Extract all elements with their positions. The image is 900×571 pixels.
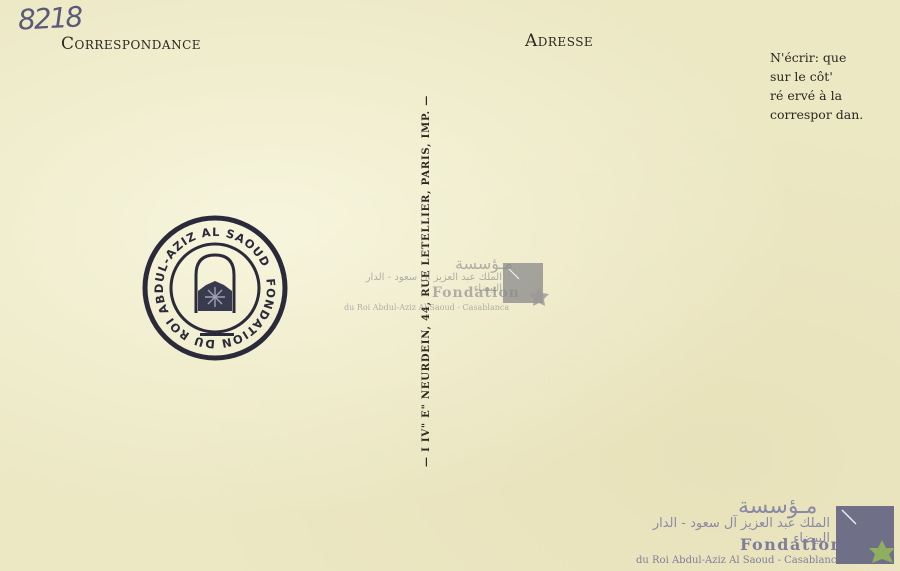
watermark-center-latin-subtitle: du Roi Abdul-Aziz Al Saoud - Casablanca (344, 303, 509, 312)
address-heading: Adresse (525, 31, 593, 51)
stamp-seal-icon: FONDATION DU ROI ABDUL-AZIZ AL SAOUD (140, 213, 290, 363)
notice-line: ré ervé à la (770, 86, 874, 105)
inventory-number: 8218 (17, 0, 82, 36)
postcard-back: 8218 Correspondance Adresse N'écrir: que… (0, 0, 900, 571)
notice-line: correspor dan. (770, 105, 874, 124)
watermark-corner-latin-title: Fondation (740, 535, 844, 554)
writing-notice: N'écrir: que sur le côt' ré ervé à la co… (770, 48, 874, 124)
printer-imprint: — I IV" E" NEURDEIN, 44, RUE LETELLIER, … (421, 47, 435, 467)
watermark-center-logo (503, 263, 551, 311)
watermark-corner-latin-subtitle: du Roi Abdul-Aziz Al Saoud - Casablanca (636, 555, 842, 566)
foundation-stamp: FONDATION DU ROI ABDUL-AZIZ AL SAOUD (140, 213, 290, 363)
watermark-corner-logo (836, 506, 900, 571)
notice-line: N'écrir: que (770, 48, 874, 67)
notice-line: sur le côt' (770, 67, 874, 86)
correspondence-heading: Correspondance (61, 34, 201, 54)
foundation-logo-icon (836, 506, 900, 571)
foundation-logo-icon (503, 263, 551, 311)
